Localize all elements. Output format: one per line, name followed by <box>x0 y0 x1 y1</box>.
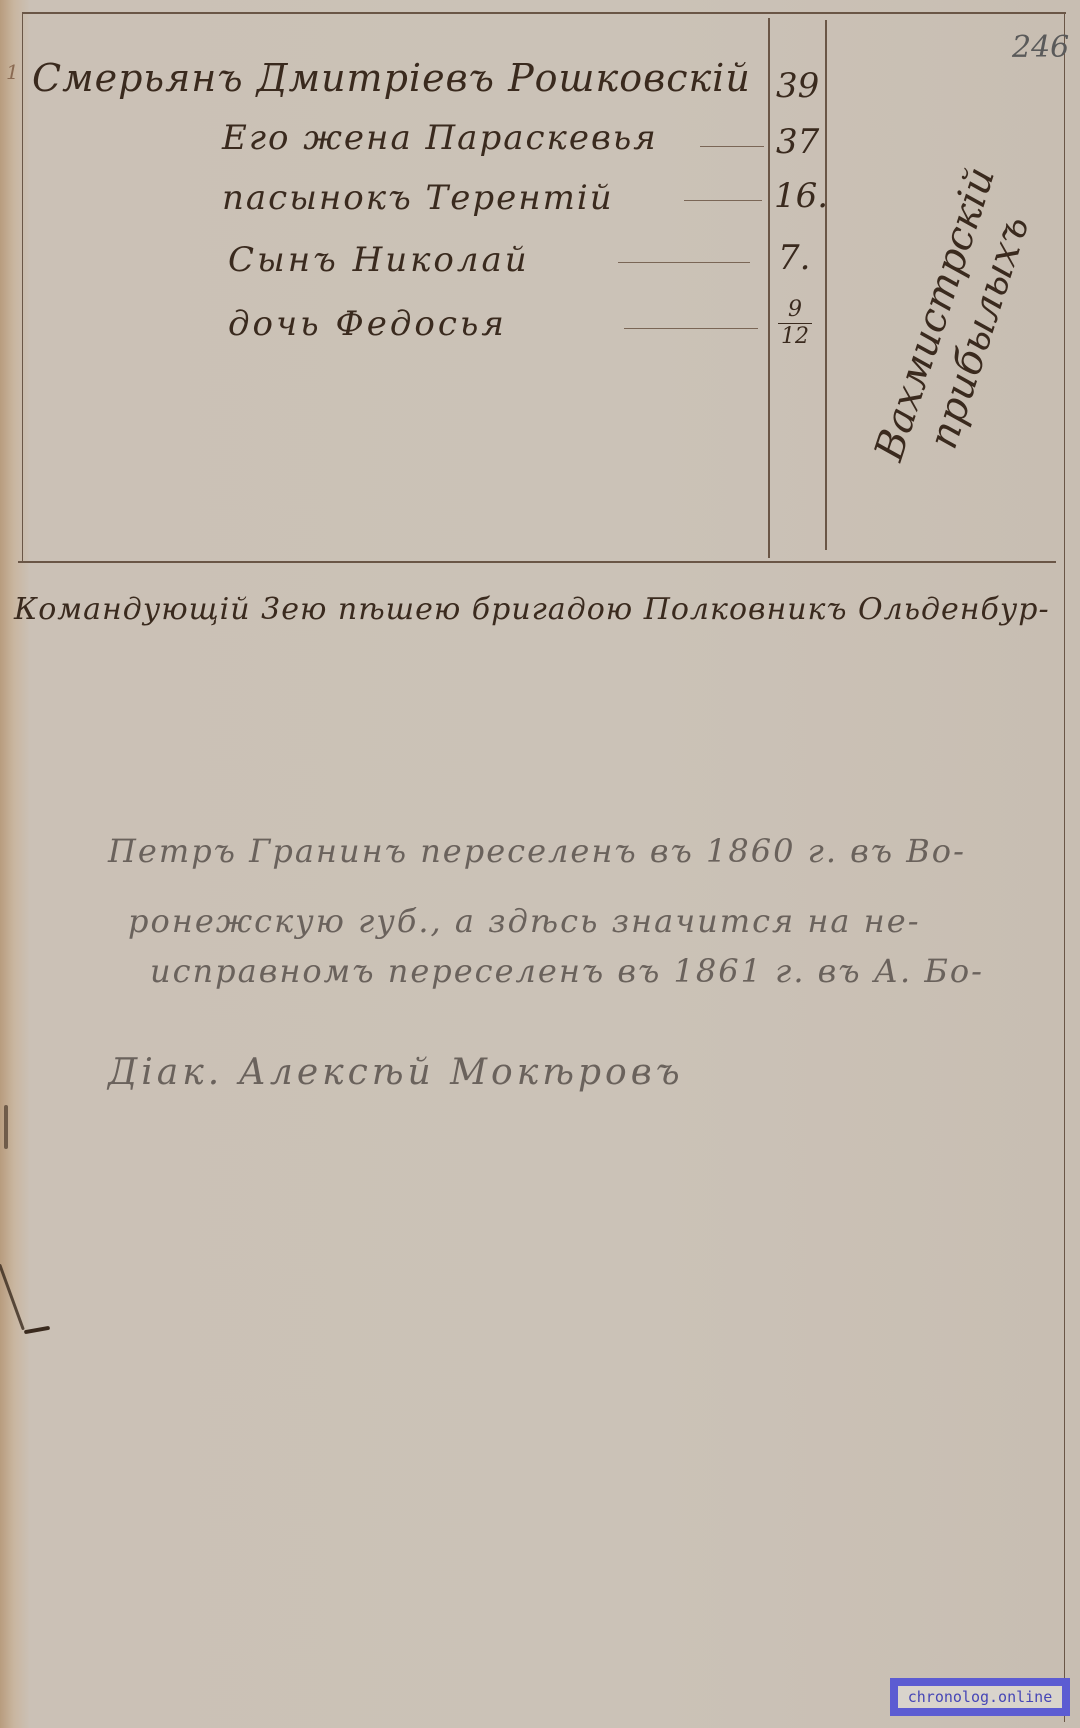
ink-blot-left-edge-tail <box>24 1326 50 1334</box>
watermark-badge: chronolog.online <box>890 1678 1070 1716</box>
pencil-note-line-3: исправномъ переселенъ въ 1861 г. въ А. Б… <box>150 952 984 990</box>
document-page: 246 1 Смерьянъ Дмитріевъ Рошковскій 39 Е… <box>0 0 1080 1728</box>
row-1-dash <box>700 146 764 147</box>
row-4-dash <box>624 328 758 329</box>
pencil-note-line-1: Петръ Гранинъ переселенъ въ 1860 г. въ В… <box>108 832 966 870</box>
table-bottom-rule <box>18 561 1056 563</box>
page-number: 246 <box>1012 30 1069 65</box>
right-border-rule <box>1064 12 1065 1722</box>
left-border-rule <box>22 12 23 562</box>
age-column-right-rule <box>825 20 827 550</box>
table-row-wife: Его жена Параскевья <box>222 118 658 158</box>
table-row-stepson: пасынокъ Терентій <box>222 178 614 218</box>
age-cell-row-3: 16. <box>774 176 828 216</box>
pencil-note-line-2: ронежскую губ., а здѣсь значится на не- <box>128 902 921 940</box>
top-border-rule <box>22 12 1066 14</box>
table-row-son: Сынъ Николай <box>228 240 530 280</box>
table-row-daughter: дочь Федосья <box>228 304 507 344</box>
age-numerator: 9 <box>788 297 802 322</box>
watermark-text: chronolog.online <box>898 1686 1062 1708</box>
ink-blot-left-edge <box>0 1264 25 1331</box>
table-row-head-of-family: Смерьянъ Дмитріевъ Рошковскій <box>32 56 751 100</box>
commander-signature-line: Командующій 3ею пѣшею бригадою Полковник… <box>14 592 1050 627</box>
row-2-dash <box>684 200 762 201</box>
age-cell-row-2: 37 <box>776 122 819 162</box>
age-cell-row-1: 39 <box>776 66 819 106</box>
age-column-left-rule <box>768 18 770 558</box>
entry-index-mark: 1 <box>6 60 19 84</box>
age-cell-row-5-fraction: 9 12 <box>778 298 812 349</box>
age-cell-row-4: 7. <box>778 238 810 278</box>
age-denominator: 12 <box>781 324 809 349</box>
ink-mark-left-edge <box>4 1105 8 1149</box>
pencil-note-signature: Дiак. Алексѣй Мокѣровъ <box>108 1052 684 1093</box>
row-3-dash <box>618 262 750 263</box>
